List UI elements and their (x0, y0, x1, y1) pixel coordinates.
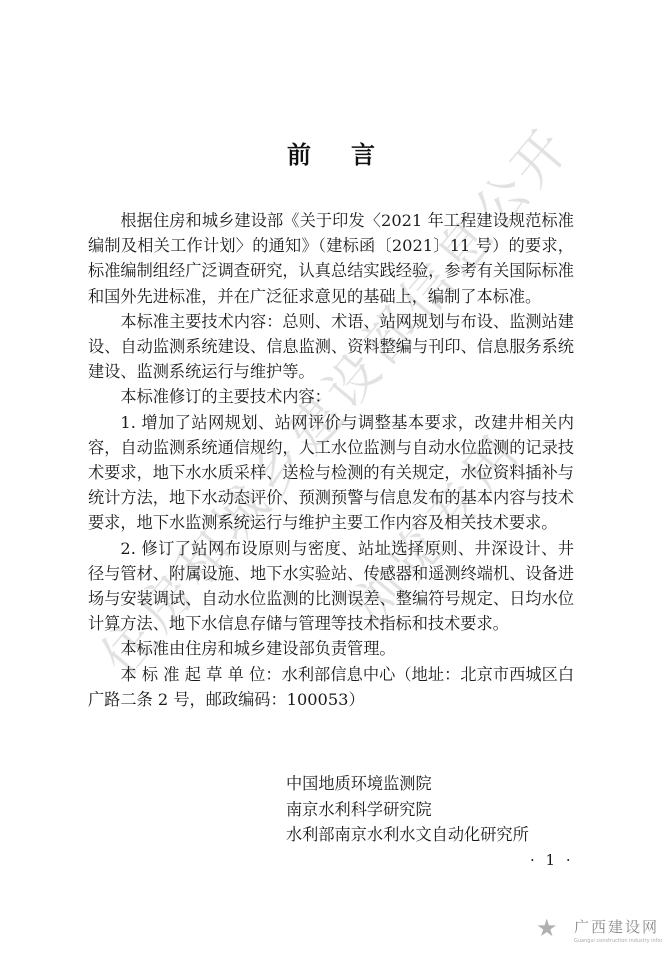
logo-subtitle: Guangxi construction industry informatio… (574, 938, 662, 944)
paragraph-main-content: 本标准主要技术内容：总则、术语、站网规划与布设、监测站建设、自动监测系统建设、信… (88, 309, 574, 385)
paragraph-drafting-unit: 本 标 准 起 草 单 位：水利部信息中心（地址：北京市西城区白广路二条 2 号… (88, 662, 574, 712)
paragraph-revision-1: 1. 增加了站网规划、站网评价与调整基本要求，改建井相关内容，自动监测系统通信规… (88, 410, 574, 536)
site-logo: ★ 广西建设网 Guangxi construction industry in… (530, 912, 660, 952)
preface-body: 根据住房和城乡建设部《关于印发〈2021 年工程建设规范标准编制及相关工作计划〉… (88, 208, 574, 712)
page-title: 前言 (0, 135, 662, 170)
logo-name: 广西建设网 (574, 916, 659, 937)
organization-item: 中国地质环境监测院 (286, 771, 529, 797)
paragraph-basis: 根据住房和城乡建设部《关于印发〈2021 年工程建设规范标准编制及相关工作计划〉… (88, 208, 574, 309)
page-number: · 1 · (530, 851, 574, 869)
paragraph-management: 本标准由住房和城乡建设部负责管理。 (88, 636, 574, 661)
paragraph-revision-2: 2. 修订了站网布设原则与密度、站址选择原则、井深设计、井径与管材、附属设施、地… (88, 536, 574, 637)
paragraph-revision-intro: 本标准修订的主要技术内容： (88, 384, 574, 409)
star-logo-icon: ★ (536, 914, 558, 942)
participating-organizations: 中国地质环境监测院 南京水利科学研究院 水利部南京水利水文自动化研究所 (286, 771, 529, 848)
document-page: 住房和城乡建设部信息公开 浏览专用 前言 根据住房和城乡建设部《关于印发〈202… (0, 0, 662, 958)
organization-item: 水利部南京水利水文自动化研究所 (286, 822, 529, 848)
drafting-label: 本 标 准 起 草 单 位： (120, 665, 281, 684)
organization-item: 南京水利科学研究院 (286, 797, 529, 823)
